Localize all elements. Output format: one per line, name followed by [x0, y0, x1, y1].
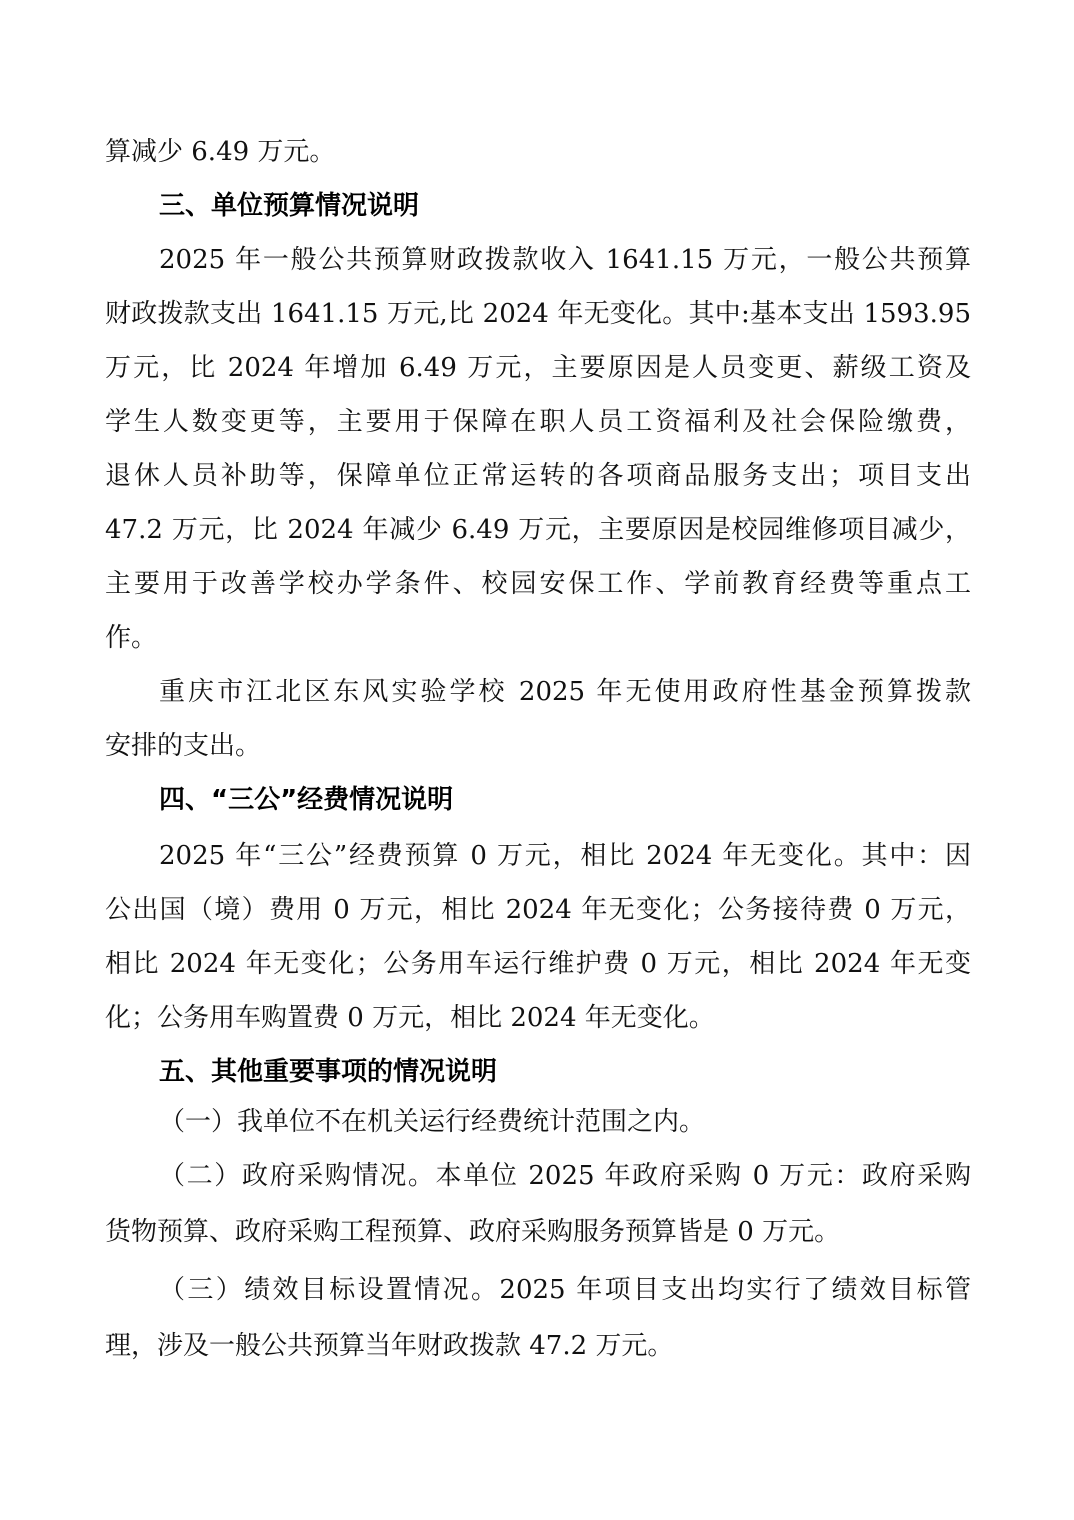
paragraph-line: 相比 2024 年无变化；公务用车运行维护费 0 万元，相比 2024 年无变	[105, 944, 971, 984]
section-heading-three-public-expenses: 四、“三公”经费情况说明	[159, 780, 453, 820]
paragraph-line: 万元，比 2024 年增加 6.49 万元，主要原因是人员变更、薪级工资及	[105, 348, 971, 388]
paragraph-line: （三）绩效目标设置情况。2025 年项目支出均实行了绩效目标管	[159, 1270, 971, 1310]
paragraph-line: 主要用于改善学校办学条件、校园安保工作、学前教育经费等重点工	[105, 564, 971, 604]
paragraph-line: （一）我单位不在机关运行经费统计范围之内。	[159, 1102, 971, 1142]
paragraph-line: 货物预算、政府采购工程预算、政府采购服务预算皆是 0 万元。	[105, 1212, 971, 1252]
paragraph-line: 财政拨款支出 1641.15 万元,比 2024 年无变化。其中:基本支出 15…	[105, 294, 971, 334]
paragraph-line: 退休人员补助等，保障单位正常运转的各项商品服务支出；项目支出	[105, 456, 971, 496]
section-heading-other-matters: 五、其他重要事项的情况说明	[159, 1052, 497, 1092]
paragraph-line: 理，涉及一般公共预算当年财政拨款 47.2 万元。	[105, 1326, 971, 1366]
paragraph-line: 2025 年一般公共预算财政拨款收入 1641.15 万元，一般公共预算	[159, 240, 971, 280]
paragraph-line: 作。	[105, 618, 971, 658]
paragraph-line: 公出国（境）费用 0 万元，相比 2024 年无变化；公务接待费 0 万元，	[105, 890, 971, 930]
paragraph-line: （二）政府采购情况。本单位 2025 年政府采购 0 万元：政府采购	[159, 1156, 971, 1196]
paragraph-line: 化；公务用车购置费 0 万元，相比 2024 年无变化。	[105, 998, 971, 1038]
paragraph-line: 2025 年“三公”经费预算 0 万元，相比 2024 年无变化。其中：因	[159, 836, 971, 876]
paragraph-line: 算减少 6.49 万元。	[105, 132, 971, 172]
paragraph-line: 安排的支出。	[105, 726, 971, 766]
paragraph-line: 重庆市江北区东风实验学校 2025 年无使用政府性基金预算拨款	[159, 672, 971, 712]
paragraph-line: 47.2 万元，比 2024 年减少 6.49 万元，主要原因是校园维修项目减少…	[105, 510, 971, 550]
section-heading-unit-budget: 三、单位预算情况说明	[159, 186, 419, 226]
paragraph-line: 学生人数变更等，主要用于保障在职人员工资福利及社会保险缴费，	[105, 402, 971, 442]
